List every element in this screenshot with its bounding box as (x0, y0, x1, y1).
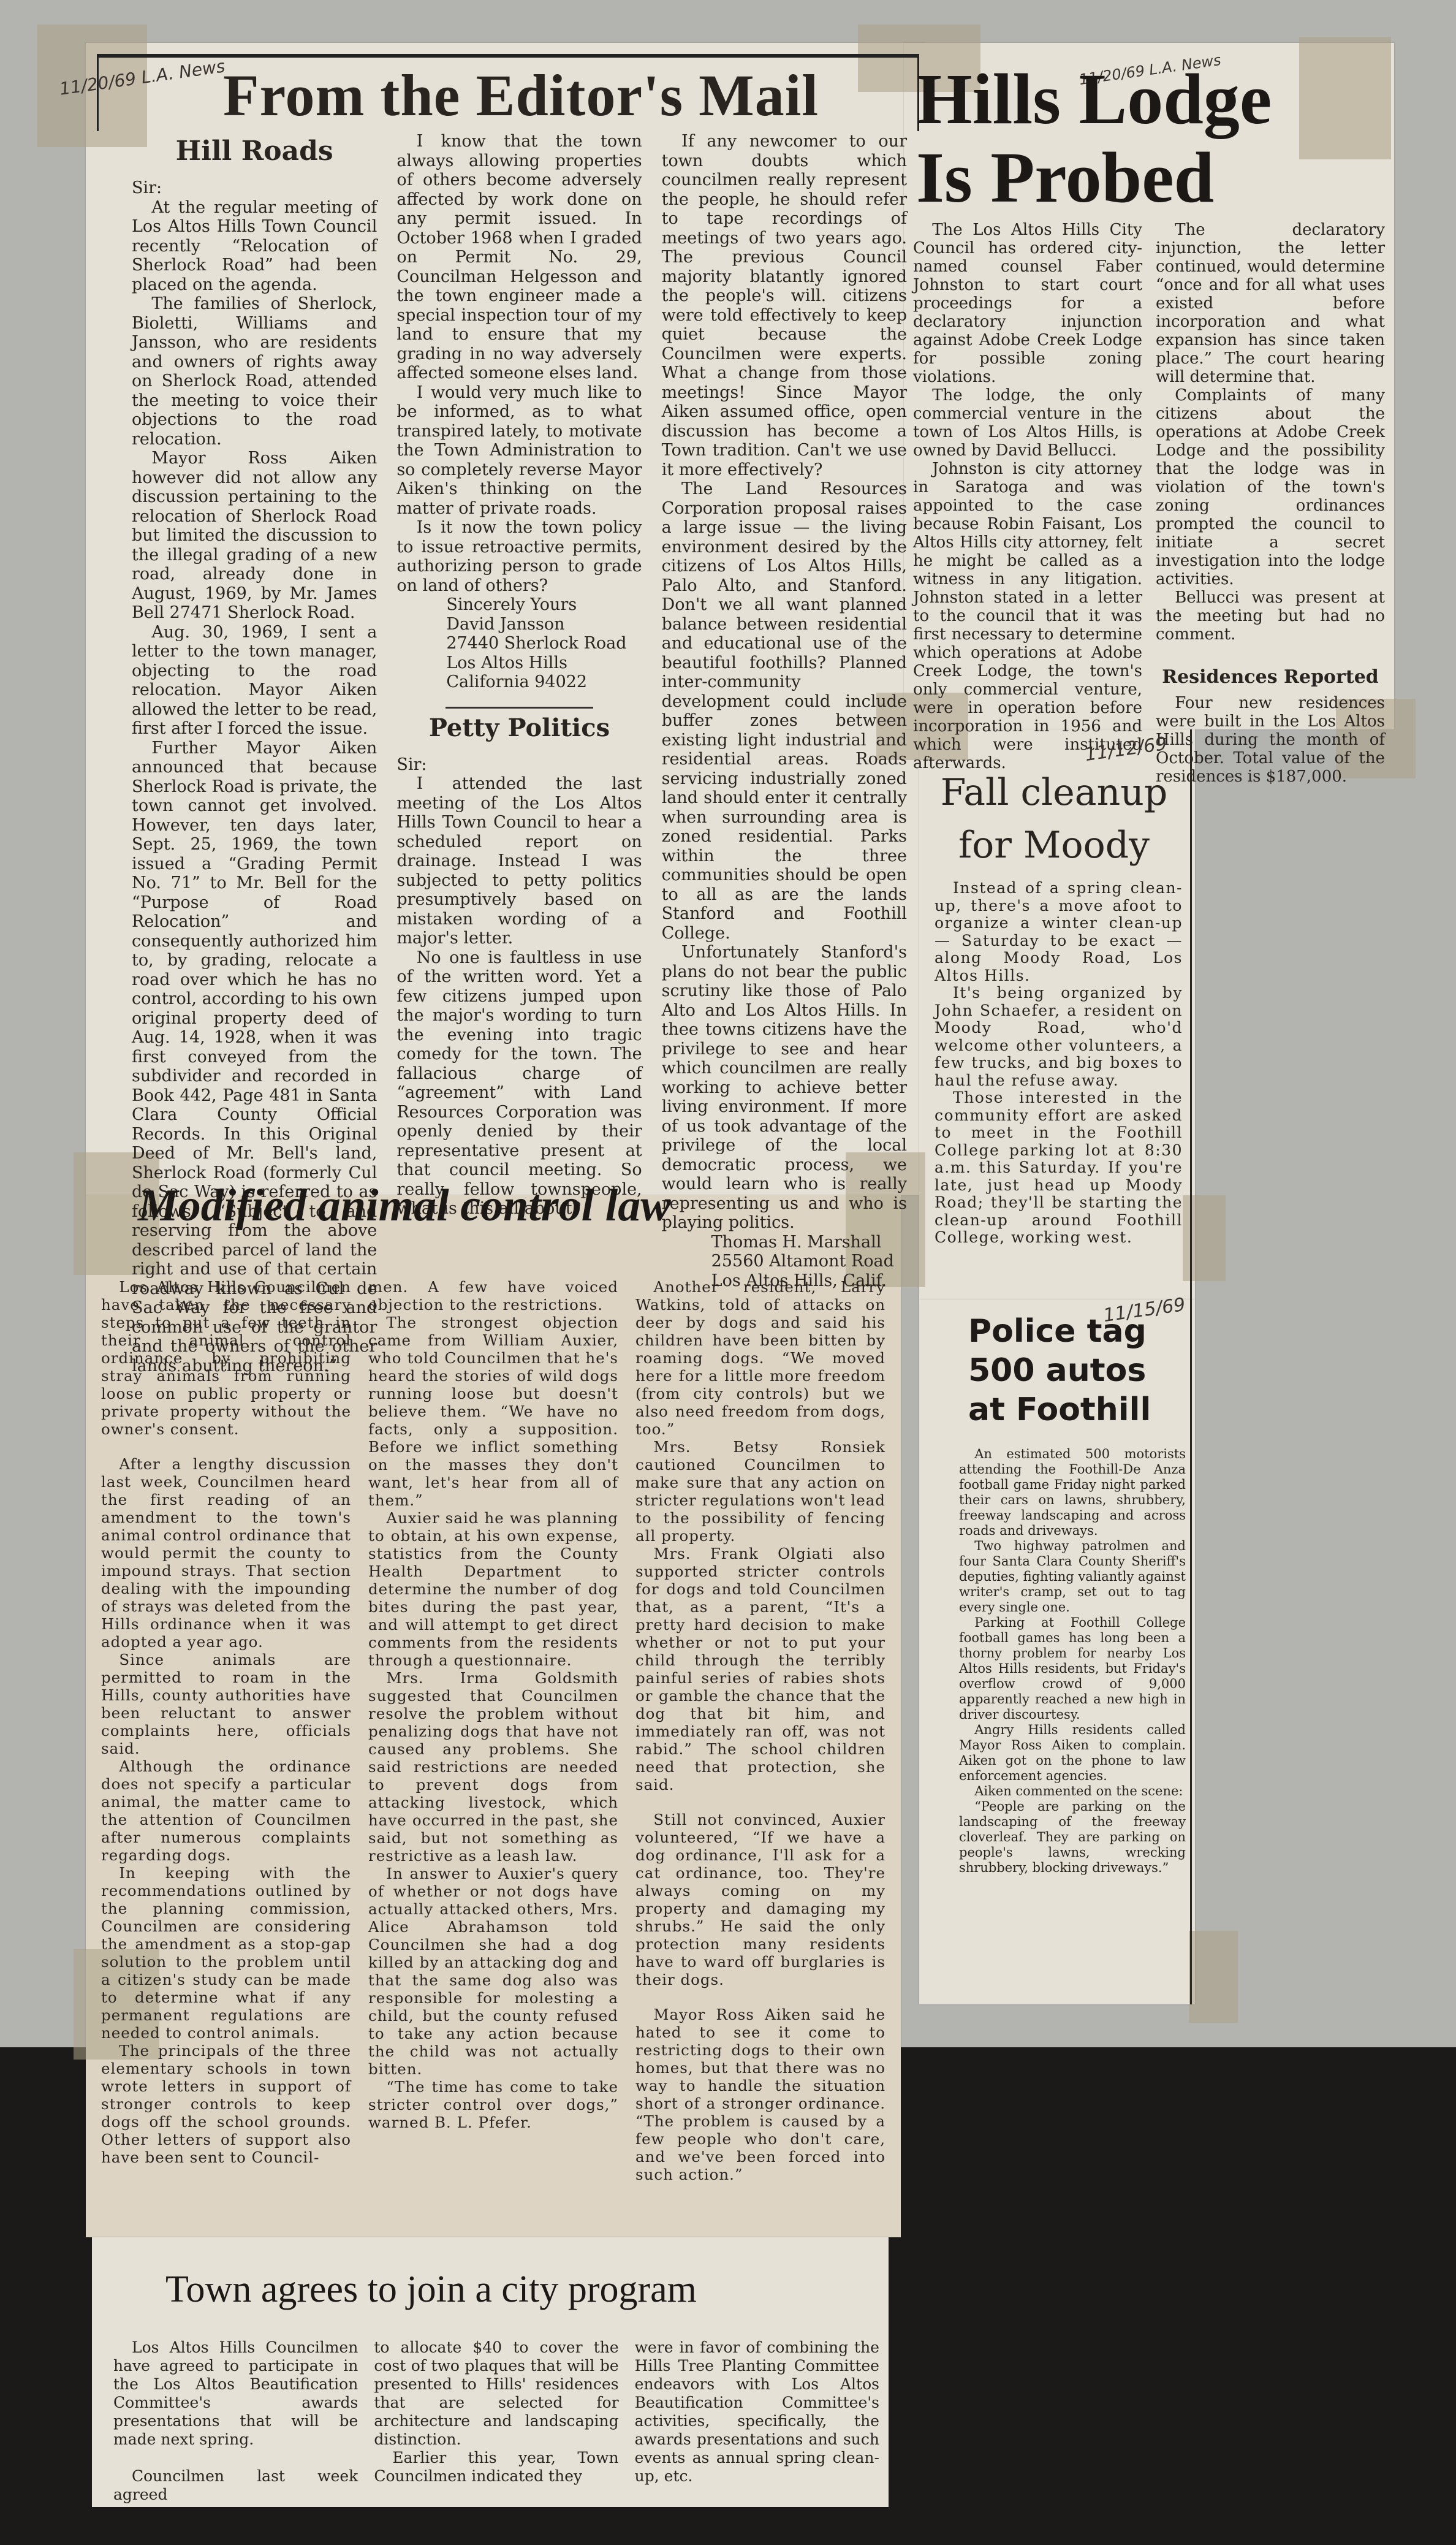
paragraph: Two highway patrolmen and four Santa Cla… (959, 1539, 1186, 1615)
signature-line: 25560 Altamont Road (662, 1252, 907, 1271)
hills-lodge-title-line2: Is Probed (916, 140, 1214, 216)
tape-strip (1183, 1195, 1226, 1281)
column-rule (1190, 729, 1192, 1299)
letter-column-2: I know that the town always allowing pro… (396, 132, 642, 1168)
animal-column-1: Los Altos Hills Councilmen have taken th… (101, 1278, 351, 2183)
paragraph: Mrs. Betsy Ronsiek cautioned Councilmen … (635, 1438, 885, 1545)
paragraph: I know that the town always allowing pro… (396, 132, 642, 383)
paragraph: The strongest objection came from Willia… (368, 1314, 618, 1509)
paragraph: The principals of the three elementary s… (101, 2042, 351, 2166)
paragraph: men. A few have voiced objection to the … (368, 1278, 618, 1314)
petty-politics-heading: Petty Politics (396, 712, 642, 744)
paragraph: I would very much like to be informed, a… (396, 383, 642, 519)
signature-line: Thomas H. Marshall (662, 1233, 907, 1252)
animal-column-3: Another resident, Larry Watkins, told of… (635, 1278, 885, 2183)
title-line: Police tag (968, 1312, 1151, 1351)
animal-column-2: men. A few have voiced objection to the … (368, 1278, 618, 2183)
hills-lodge-title-line1: Hills Lodge (916, 61, 1272, 137)
title-line: Fall cleanup (919, 766, 1189, 819)
paragraph: The Los Altos Hills City Council has ord… (913, 221, 1142, 386)
paragraph: Although the ordinance does not specify … (101, 1757, 351, 1864)
paragraph: Unfortunately Stanford's plans do not be… (662, 943, 907, 1233)
police-tag-body: An estimated 500 motorists attending the… (959, 1447, 1186, 1876)
lodge-column-1: The Los Altos Hills City Council has ord… (913, 221, 1142, 786)
paragraph: “People are parking on the landscaping o… (959, 1799, 1186, 1876)
paragraph: Is it now the town policy to issue retro… (396, 518, 642, 595)
paragraph: In answer to Auxier's query of whether o… (368, 1865, 618, 2078)
paragraph: Mayor Ross Aiken however did not allow a… (132, 449, 377, 623)
paragraph: Mrs. Frank Olgiati also supported strict… (635, 1545, 885, 1794)
tape-strip (1189, 1931, 1238, 2023)
paragraph: Angry Hills residents called Mayor Ross … (959, 1722, 1186, 1784)
column-rule (1190, 1299, 1192, 2004)
paragraph: In keeping with the recommendations outl… (101, 1864, 351, 2042)
program-column-3: were in favor of combining the Hills Tre… (635, 2338, 879, 2504)
paragraph: Mrs. Irma Goldsmith suggested that Counc… (368, 1669, 618, 1865)
paragraph: Still not convinced, Auxier volunteered,… (635, 1811, 885, 1988)
paragraph: If any newcomer to our town doubts which… (662, 132, 907, 479)
paragraph: Earlier this year, Town Councilmen indic… (374, 2449, 618, 2486)
residences-heading: Residences Reported (1156, 668, 1385, 687)
paragraph: Another resident, Larry Watkins, told of… (635, 1278, 885, 1438)
title-line: 500 autos (968, 1351, 1151, 1390)
city-program-columns: Los Altos Hills Councilmen have agreed t… (113, 2338, 879, 2504)
paragraph: Those interested in the community effort… (935, 1089, 1183, 1247)
paragraph: “The time has come to take stricter cont… (368, 2078, 618, 2131)
police-tag-title: Police tag 500 autos at Foothill (968, 1312, 1151, 1429)
paragraph: The declaratory injunction, the letter c… (1156, 221, 1385, 386)
paragraph: Complaints of many citizens about the op… (1156, 386, 1385, 588)
police-column: An estimated 500 motorists attending the… (959, 1447, 1186, 1876)
editors-mail-title: From the Editor's Mail (123, 61, 919, 129)
program-column-2: to allocate $40 to cover the cost of two… (374, 2338, 618, 2504)
salutation: Sir: (396, 755, 642, 775)
cleanup-column: Instead of a spring clean-up, there's a … (935, 880, 1183, 1247)
letter-column-3: If any newcomer to our town doubts which… (662, 132, 907, 1168)
paragraph: Los Altos Hills Councilmen have taken th… (101, 1278, 351, 1438)
paragraph: An estimated 500 motorists attending the… (959, 1447, 1186, 1539)
paragraph: The families of Sherlock, Bioletti, Will… (132, 294, 377, 449)
paragraph: Auxier said he was planning to obtain, a… (368, 1509, 618, 1669)
title-line: at Foothill (968, 1390, 1151, 1429)
signature-line: David Jansson (396, 615, 642, 634)
animal-control-title: Modified animal control law (138, 1180, 671, 1232)
lodge-column-2: The declaratory injunction, the letter c… (1156, 221, 1385, 786)
title-line: for Moody (919, 819, 1189, 872)
paragraph: Los Altos Hills Councilmen have agreed t… (113, 2338, 358, 2449)
paragraph: Instead of a spring clean-up, there's a … (935, 880, 1183, 984)
salutation: Sir: (132, 178, 377, 198)
paragraph: No one is faultless in use of the writte… (396, 948, 642, 1219)
paragraph: Councilmen last week agreed (113, 2467, 358, 2504)
hills-lodge-columns: The Los Altos Hills City Council has ord… (913, 221, 1385, 786)
paragraph: The lodge, the only commercial venture i… (913, 386, 1142, 460)
paragraph: After a lengthy discussion last week, Co… (101, 1455, 351, 1651)
signature-line: California 94022 (396, 672, 642, 692)
paragraph: At the regular meeting of Los Altos Hill… (132, 198, 377, 295)
paragraph: Mayor Ross Aiken said he hated to see it… (635, 2006, 885, 2183)
hill-roads-heading: Hill Roads (132, 135, 377, 167)
paragraph: I attended the last meeting of the Los A… (396, 774, 642, 948)
paragraph: Since animals are permitted to roam in t… (101, 1651, 351, 1757)
paragraph: Bellucci was present at the meeting but … (1156, 588, 1385, 644)
animal-control-columns: Los Altos Hills Councilmen have taken th… (101, 1278, 885, 2183)
paragraph: Aug. 30, 1969, I sent a letter to the to… (132, 623, 377, 739)
paragraph: to allocate $40 to cover the cost of two… (374, 2338, 618, 2449)
city-program-title: Town agrees to join a city program (165, 2268, 697, 2311)
signature-line: Sincerely Yours (396, 595, 642, 615)
fall-cleanup-title: Fall cleanup for Moody (919, 766, 1189, 872)
paragraph: The Land Resources Corporation proposal … (662, 479, 907, 943)
paragraph: Parking at Foothill College football gam… (959, 1615, 1186, 1722)
tape-strip (1299, 37, 1391, 159)
signature-line: Los Altos Hills (396, 653, 642, 673)
paragraph: Johnston is city attorney in Saratoga an… (913, 460, 1142, 772)
fall-cleanup-body: Instead of a spring clean-up, there's a … (935, 880, 1183, 1247)
editors-mail-columns: Hill Roads Sir: At the regular meeting o… (132, 132, 907, 1168)
program-column-1: Los Altos Hills Councilmen have agreed t… (113, 2338, 358, 2504)
paragraph: were in favor of combining the Hills Tre… (635, 2338, 879, 2486)
letter-column-1: Hill Roads Sir: At the regular meeting o… (132, 132, 377, 1168)
paragraph: Aiken commented on the scene: (959, 1784, 1186, 1799)
paragraph: It's being organized by John Schaefer, a… (935, 984, 1183, 1089)
section-divider (446, 707, 593, 709)
signature-line: 27440 Sherlock Road (396, 634, 642, 653)
